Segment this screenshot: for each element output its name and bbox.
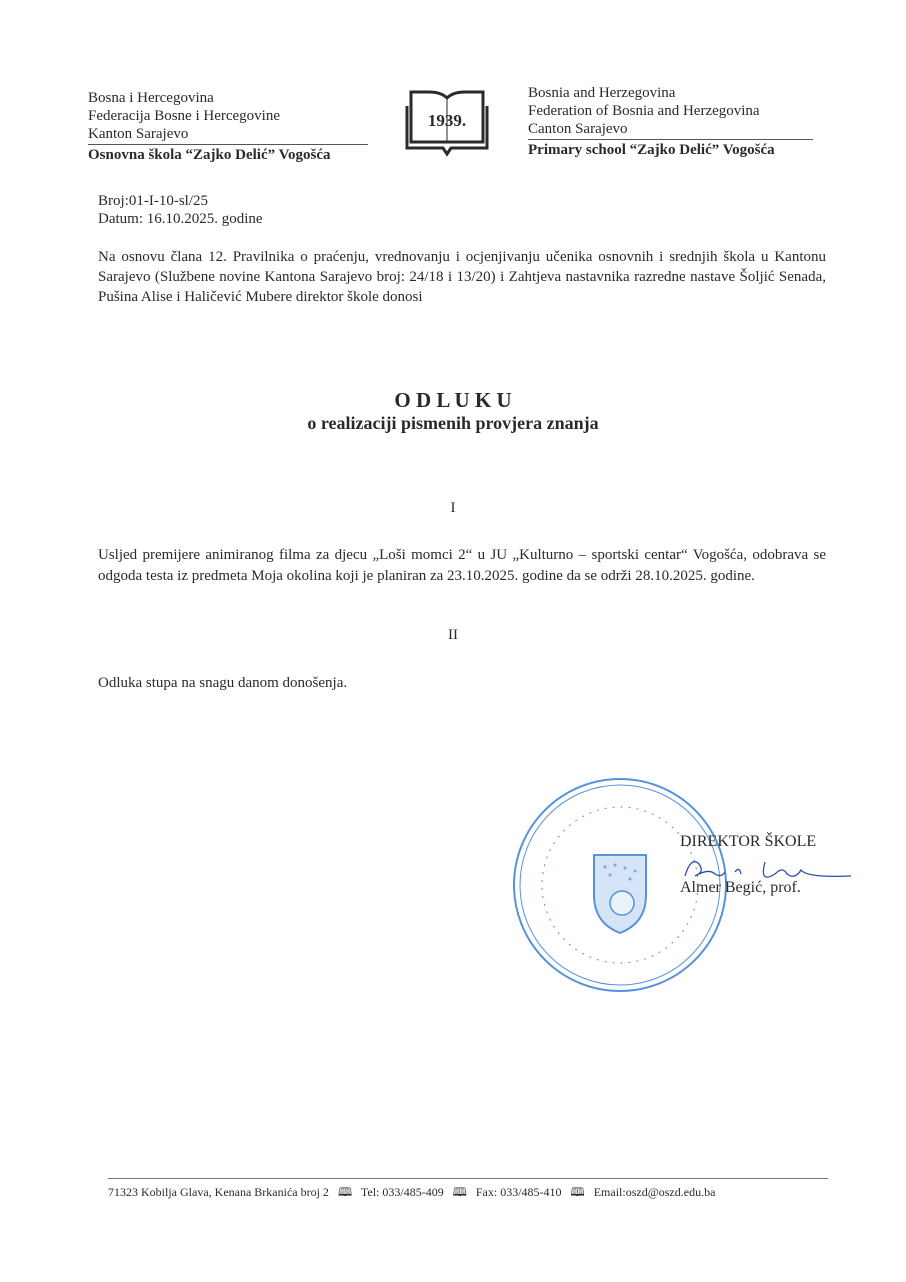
preamble: Na osnovu člana 12. Pravilnika o praćenj… <box>98 247 826 307</box>
decision-title: O D L U K U <box>0 388 906 413</box>
logo-year: 1939. <box>428 111 466 130</box>
school-logo: 1939. <box>405 86 489 158</box>
header-left-line-2: Federacija Bosne i Hercegovine <box>88 107 368 125</box>
header-right-line-2: Federation of Bosnia and Herzegovina <box>528 102 813 120</box>
section-text-1: Usljed premijere animiranog filma za dje… <box>98 545 826 587</box>
footer-tel: Tel: 033/485-409 <box>361 1185 444 1199</box>
footer-email[interactable]: Email:oszd@oszd.edu.ba <box>594 1185 716 1199</box>
book-icon: 🕮 <box>453 1185 467 1199</box>
section-numeral-2: II <box>0 627 906 644</box>
section-numeral-1: I <box>0 500 906 517</box>
header-right: Bosnia and Herzegovina Federation of Bos… <box>528 84 813 159</box>
open-book-icon: 1939. <box>405 86 489 158</box>
document-number: Broj:01-I-10-sl/25 <box>98 192 208 210</box>
header-right-rule <box>528 139 813 140</box>
header-left-rule <box>88 144 368 145</box>
decision-subtitle: o realizaciji pismenih provjera znanja <box>0 413 906 434</box>
signature-name: Almer Begić, prof. <box>680 878 855 898</box>
footer-fax: Fax: 033/485-410 <box>476 1185 562 1199</box>
document-date: Datum: 16.10.2025. godine <box>98 210 263 228</box>
header-left-line-3: Kanton Sarajevo <box>88 125 368 143</box>
signature-block: DIREKTOR ŠKOLE Almer Begić, prof. <box>680 832 855 898</box>
section-text-2: Odluka stupa na snagu danom donošenja. <box>98 673 826 693</box>
school-name-en: Primary school “Zajko Delić” Vogošća <box>528 141 813 159</box>
header-left-line-1: Bosna i Hercegovina <box>88 89 368 107</box>
footer-address: 71323 Kobilja Glava, Kenana Brkanića bro… <box>108 1185 329 1199</box>
book-icon: 🕮 <box>338 1185 352 1199</box>
header-left: Bosna i Hercegovina Federacija Bosne i H… <box>88 89 368 164</box>
signature-role: DIREKTOR ŠKOLE <box>680 832 855 852</box>
header-right-line-1: Bosnia and Herzegovina <box>528 84 813 102</box>
school-name-bs: Osnovna škola “Zajko Delić” Vogošća <box>88 146 368 164</box>
book-icon: 🕮 <box>571 1185 585 1199</box>
footer: 71323 Kobilja Glava, Kenana Brkanića bro… <box>108 1178 828 1204</box>
header-right-line-3: Canton Sarajevo <box>528 120 813 138</box>
